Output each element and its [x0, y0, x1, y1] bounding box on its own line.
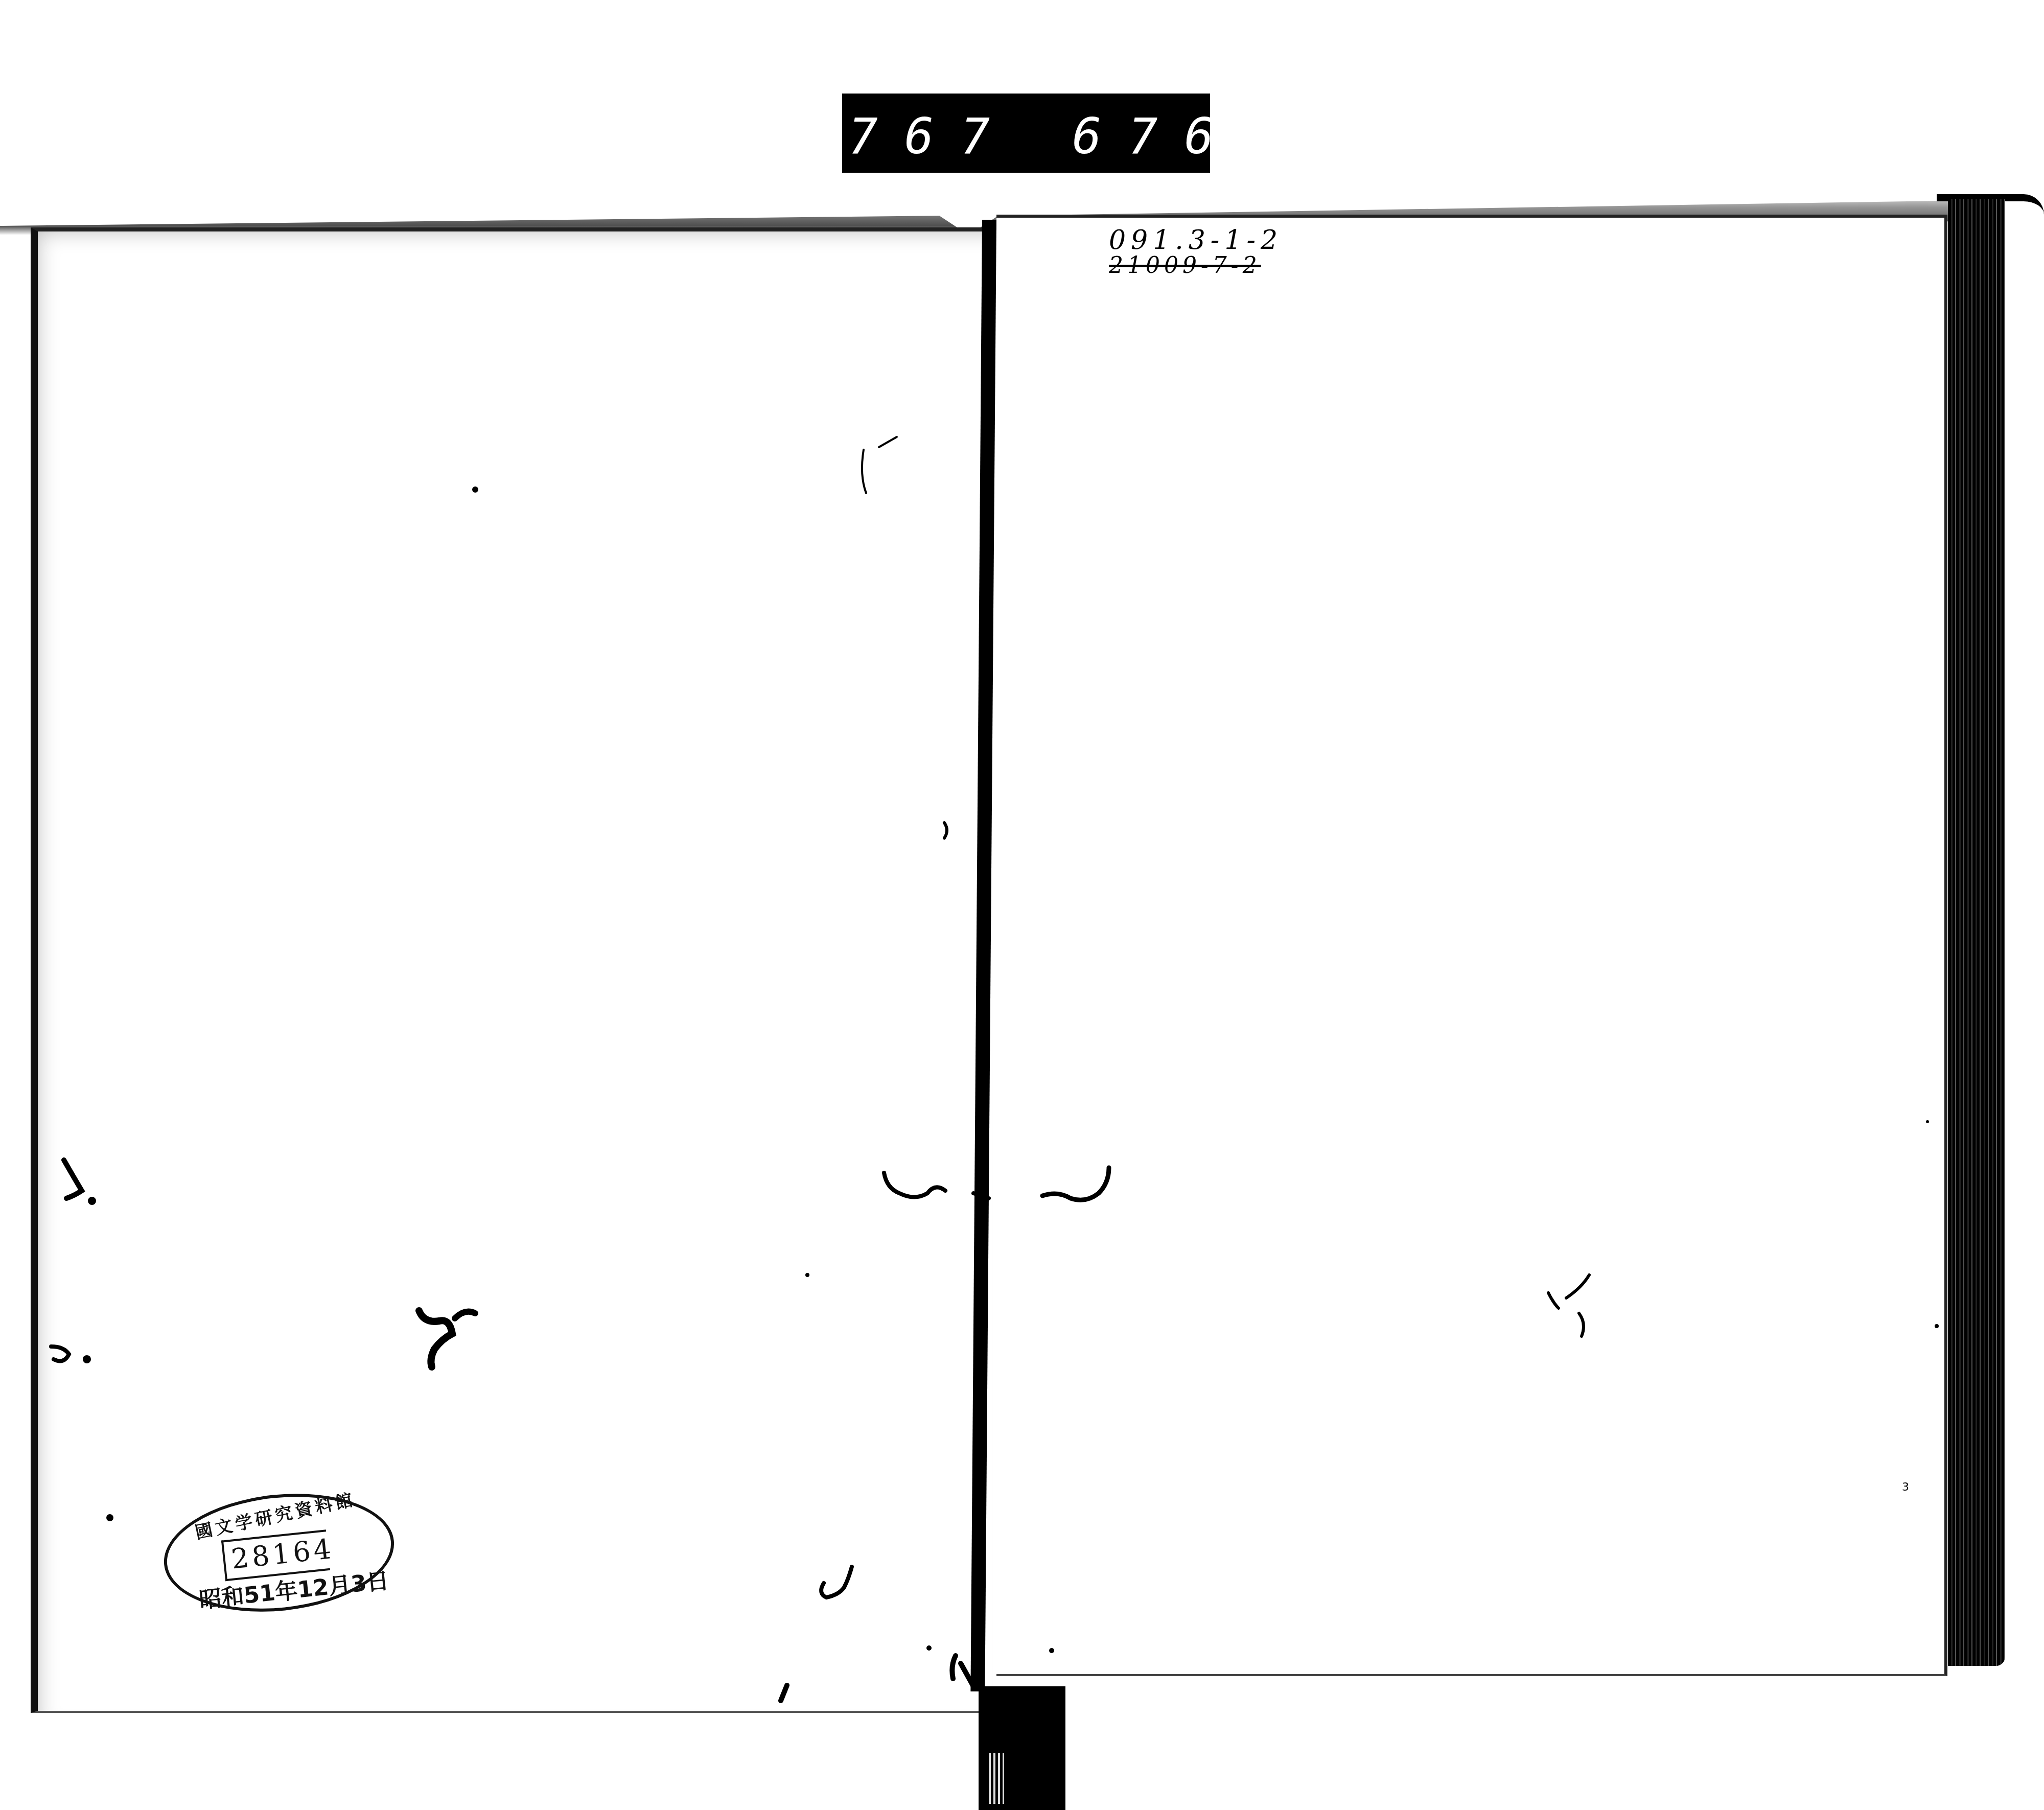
stain-marks [0, 0, 2044, 1810]
